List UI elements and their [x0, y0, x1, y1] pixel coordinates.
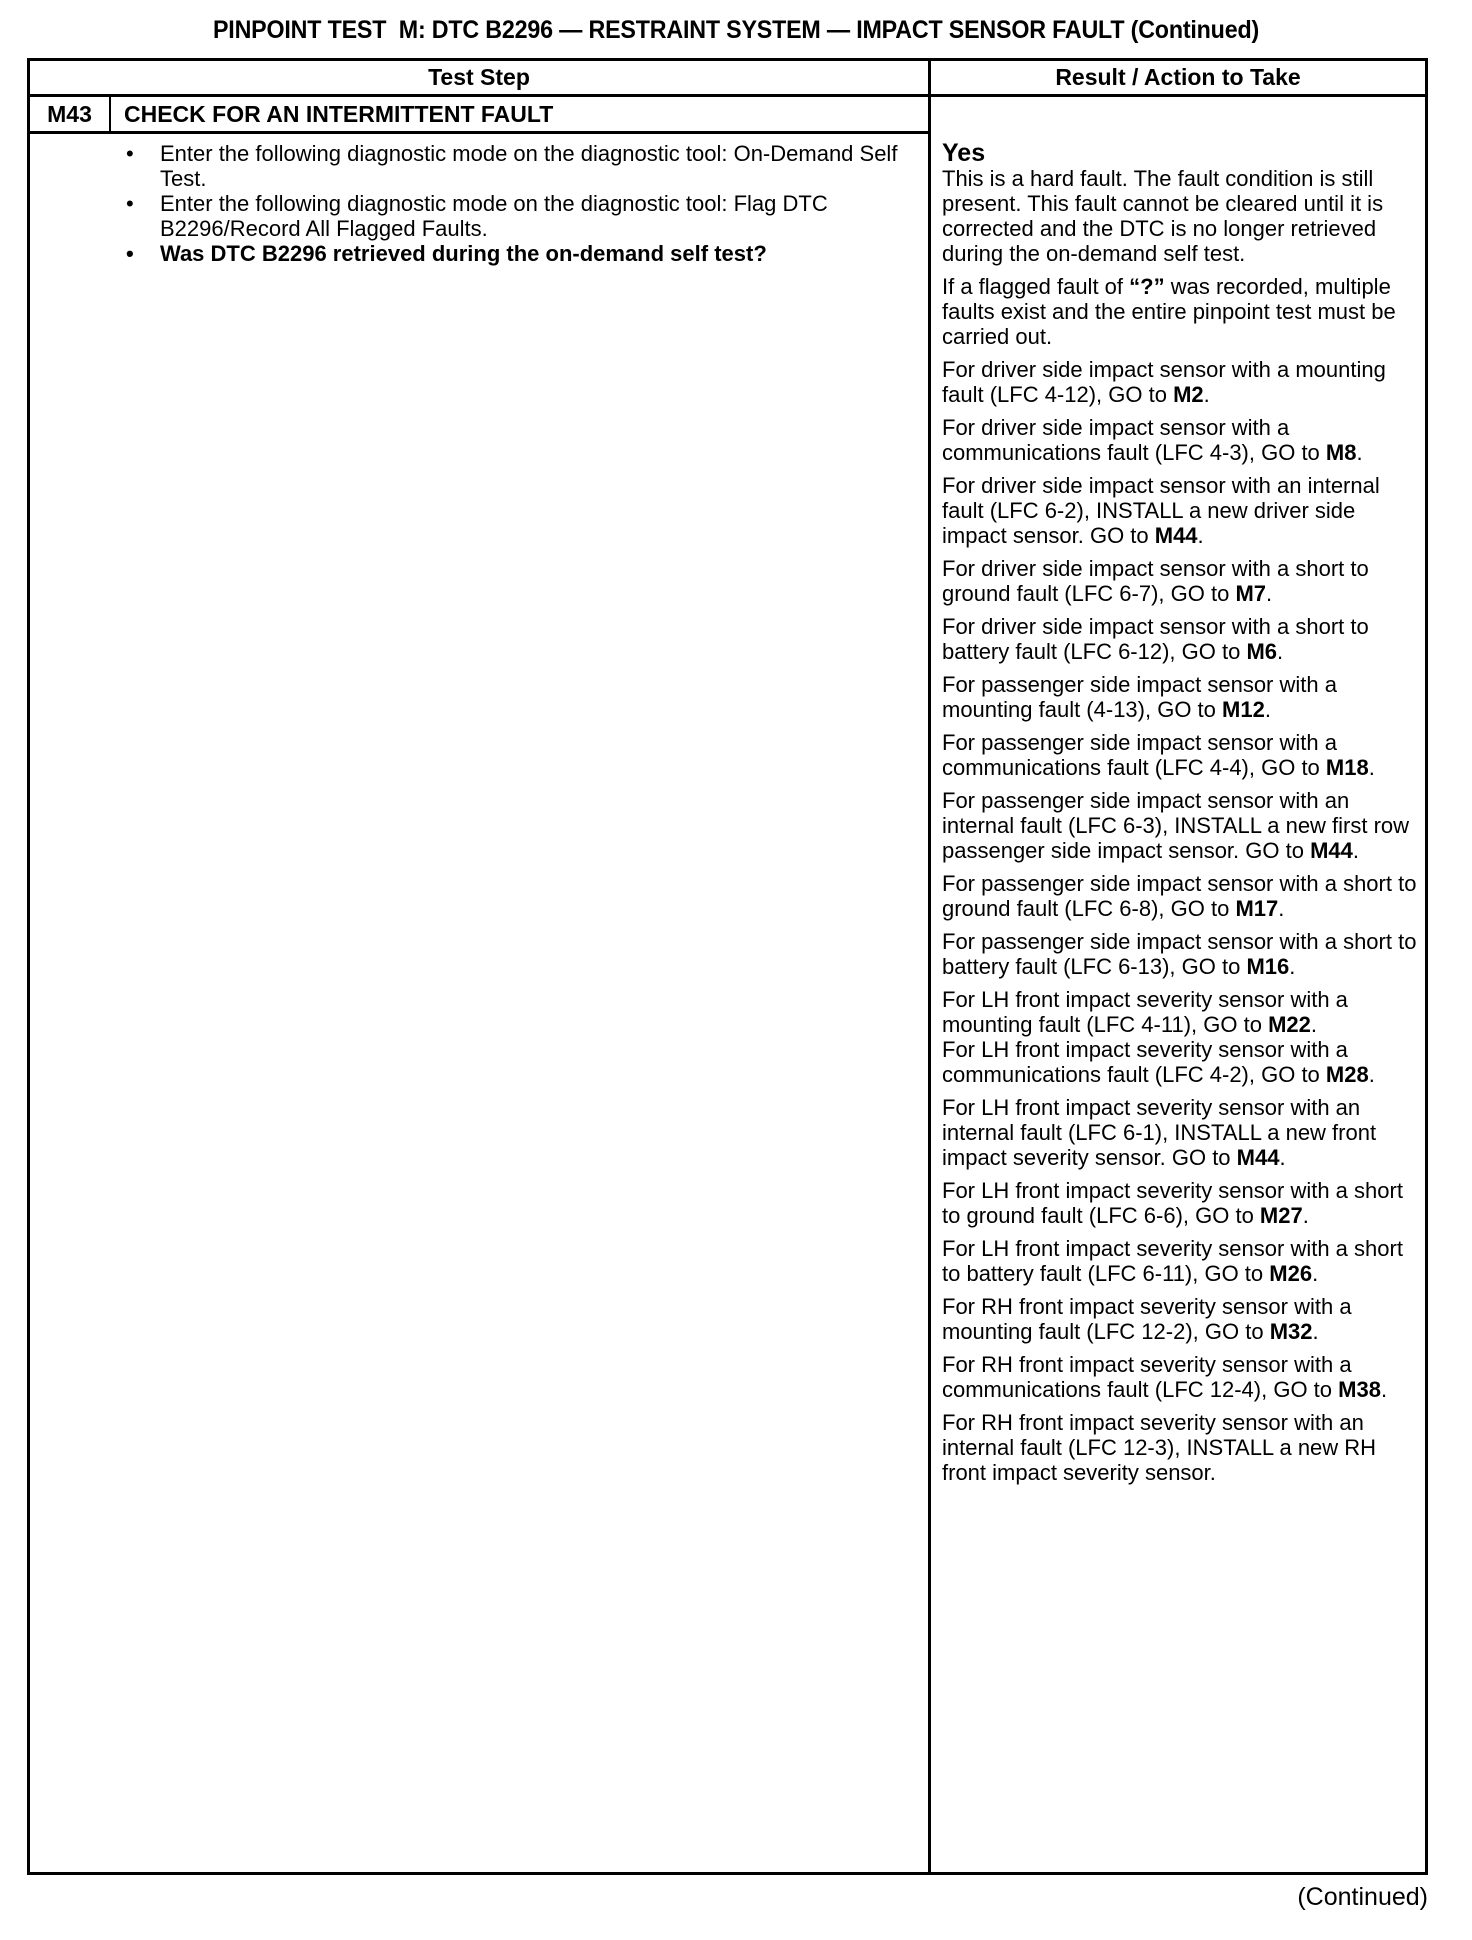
- result-text: .: [1369, 1062, 1375, 1087]
- step-id: M43: [30, 97, 111, 131]
- result-text: .: [1313, 1319, 1319, 1344]
- result-text: If a flagged fault of: [942, 274, 1129, 299]
- result-text: For RH front impact severity sensor with…: [942, 1410, 1376, 1485]
- result-paragraph: For driver side impact sensor with a sho…: [942, 614, 1422, 664]
- step-title-row: M43 CHECK FOR AN INTERMITTENT FAULT: [30, 97, 928, 134]
- goto-step-link[interactable]: M38: [1338, 1377, 1381, 1402]
- goto-step-link[interactable]: M22: [1268, 1012, 1311, 1037]
- result-text: For driver side impact sensor with a sho…: [942, 556, 1369, 606]
- goto-step-link[interactable]: M44: [1155, 523, 1198, 548]
- result-paragraph: For passenger side impact sensor with a …: [942, 672, 1422, 722]
- result-text: .: [1356, 440, 1362, 465]
- result-action-cell: Yes This is a hard fault. The fault cond…: [942, 141, 1422, 1493]
- instruction-item: • Enter the following diagnostic mode on…: [126, 141, 916, 191]
- header-test-step: Test Step: [30, 61, 928, 94]
- result-paragraph: For LH front impact severity sensor with…: [942, 987, 1422, 1037]
- result-text: For LH front impact severity sensor with…: [942, 1236, 1403, 1286]
- result-text: .: [1278, 896, 1284, 921]
- pinpoint-test-table: Test Step Result / Action to Take M43 CH…: [27, 58, 1428, 1875]
- result-text: For LH front impact severity sensor with…: [942, 1178, 1403, 1228]
- result-paragraph: For passenger side impact sensor with a …: [942, 929, 1422, 979]
- result-text: .: [1369, 755, 1375, 780]
- column-divider: [928, 61, 931, 1872]
- result-text: .: [1266, 581, 1272, 606]
- result-paragraph: For passenger side impact sensor with a …: [942, 871, 1422, 921]
- page-title: PINPOINT TEST M: DTC B2296 — RESTRAINT S…: [52, 16, 1421, 45]
- result-text: .: [1303, 1203, 1309, 1228]
- result-paragraph: For driver side impact sensor with a mou…: [942, 357, 1422, 407]
- result-paragraph: For RH front impact severity sensor with…: [942, 1410, 1422, 1485]
- goto-step-link[interactable]: M12: [1222, 697, 1265, 722]
- step-title: CHECK FOR AN INTERMITTENT FAULT: [124, 97, 553, 131]
- result-paragraph: For passenger side impact sensor with an…: [942, 788, 1422, 863]
- instruction-text: Enter the following diagnostic mode on t…: [160, 141, 897, 191]
- result-text: .: [1353, 838, 1359, 863]
- result-paragraph: For RH front impact severity sensor with…: [942, 1294, 1422, 1344]
- goto-step-link[interactable]: M6: [1246, 639, 1277, 664]
- result-paragraph: For driver side impact sensor with a com…: [942, 415, 1422, 465]
- result-answer-yes: Yes: [942, 141, 1422, 166]
- result-paragraph: For RH front impact severity sensor with…: [942, 1352, 1422, 1402]
- result-text: .: [1277, 639, 1283, 664]
- goto-step-link[interactable]: M28: [1326, 1062, 1369, 1087]
- result-paragraph: For LH front impact severity sensor with…: [942, 1037, 1422, 1087]
- result-text: For RH front impact severity sensor with…: [942, 1352, 1352, 1402]
- result-text: For passenger side impact sensor with a …: [942, 730, 1337, 780]
- result-text: For LH front impact severity sensor with…: [942, 1095, 1376, 1170]
- result-paragraph: If a flagged fault of “?” was recorded, …: [942, 274, 1422, 349]
- result-text: .: [1265, 697, 1271, 722]
- result-text: .: [1198, 523, 1204, 548]
- instruction-question: • Was DTC B2296 retrieved during the on-…: [126, 241, 916, 266]
- result-paragraph: For LH front impact severity sensor with…: [942, 1095, 1422, 1170]
- instruction-item: • Enter the following diagnostic mode on…: [126, 191, 916, 241]
- result-text: For passenger side impact sensor with a …: [942, 871, 1416, 921]
- goto-step-link[interactable]: M44: [1237, 1145, 1280, 1170]
- result-text: .: [1279, 1145, 1285, 1170]
- goto-step-link[interactable]: M17: [1235, 896, 1278, 921]
- result-paragraph: For driver side impact sensor with a sho…: [942, 556, 1422, 606]
- result-text: For driver side impact sensor with a sho…: [942, 614, 1369, 664]
- instruction-text: Was DTC B2296 retrieved during the on-de…: [160, 241, 767, 266]
- result-text: For LH front impact severity sensor with…: [942, 1037, 1348, 1087]
- header-result-action: Result / Action to Take: [931, 61, 1425, 94]
- result-text: For driver side impact sensor with a mou…: [942, 357, 1386, 407]
- result-emphasis: “?”: [1129, 274, 1164, 299]
- result-text: For driver side impact sensor with a com…: [942, 415, 1326, 465]
- goto-step-link[interactable]: M8: [1326, 440, 1357, 465]
- step-instructions: • Enter the following diagnostic mode on…: [126, 141, 916, 266]
- result-text: For passenger side impact sensor with a …: [942, 672, 1337, 722]
- instruction-text: Enter the following diagnostic mode on t…: [160, 191, 828, 241]
- goto-step-link[interactable]: M16: [1246, 954, 1289, 979]
- bullet-icon: •: [126, 141, 160, 166]
- goto-step-link[interactable]: M27: [1260, 1203, 1303, 1228]
- goto-step-link[interactable]: M32: [1270, 1319, 1313, 1344]
- result-text: For passenger side impact sensor with a …: [942, 929, 1416, 979]
- bullet-icon: •: [126, 241, 160, 266]
- result-text: .: [1311, 1012, 1317, 1037]
- goto-step-link[interactable]: M44: [1310, 838, 1353, 863]
- result-paragraph: For LH front impact severity sensor with…: [942, 1178, 1422, 1228]
- result-paragraph: For driver side impact sensor with an in…: [942, 473, 1422, 548]
- goto-step-link[interactable]: M18: [1326, 755, 1369, 780]
- result-text: .: [1204, 382, 1210, 407]
- result-text: .: [1312, 1261, 1318, 1286]
- result-paragraph: For LH front impact severity sensor with…: [942, 1236, 1422, 1286]
- goto-step-link[interactable]: M26: [1269, 1261, 1312, 1286]
- result-text: This is a hard fault. The fault conditio…: [942, 166, 1383, 266]
- goto-step-link[interactable]: M2: [1173, 382, 1204, 407]
- result-text: .: [1289, 954, 1295, 979]
- result-paragraph: This is a hard fault. The fault conditio…: [942, 166, 1422, 266]
- continued-note: (Continued): [1297, 1882, 1428, 1912]
- bullet-icon: •: [126, 191, 160, 216]
- goto-step-link[interactable]: M7: [1235, 581, 1266, 606]
- result-text: .: [1381, 1377, 1387, 1402]
- result-paragraph: For passenger side impact sensor with a …: [942, 730, 1422, 780]
- table-header-row: Test Step Result / Action to Take: [30, 61, 1425, 97]
